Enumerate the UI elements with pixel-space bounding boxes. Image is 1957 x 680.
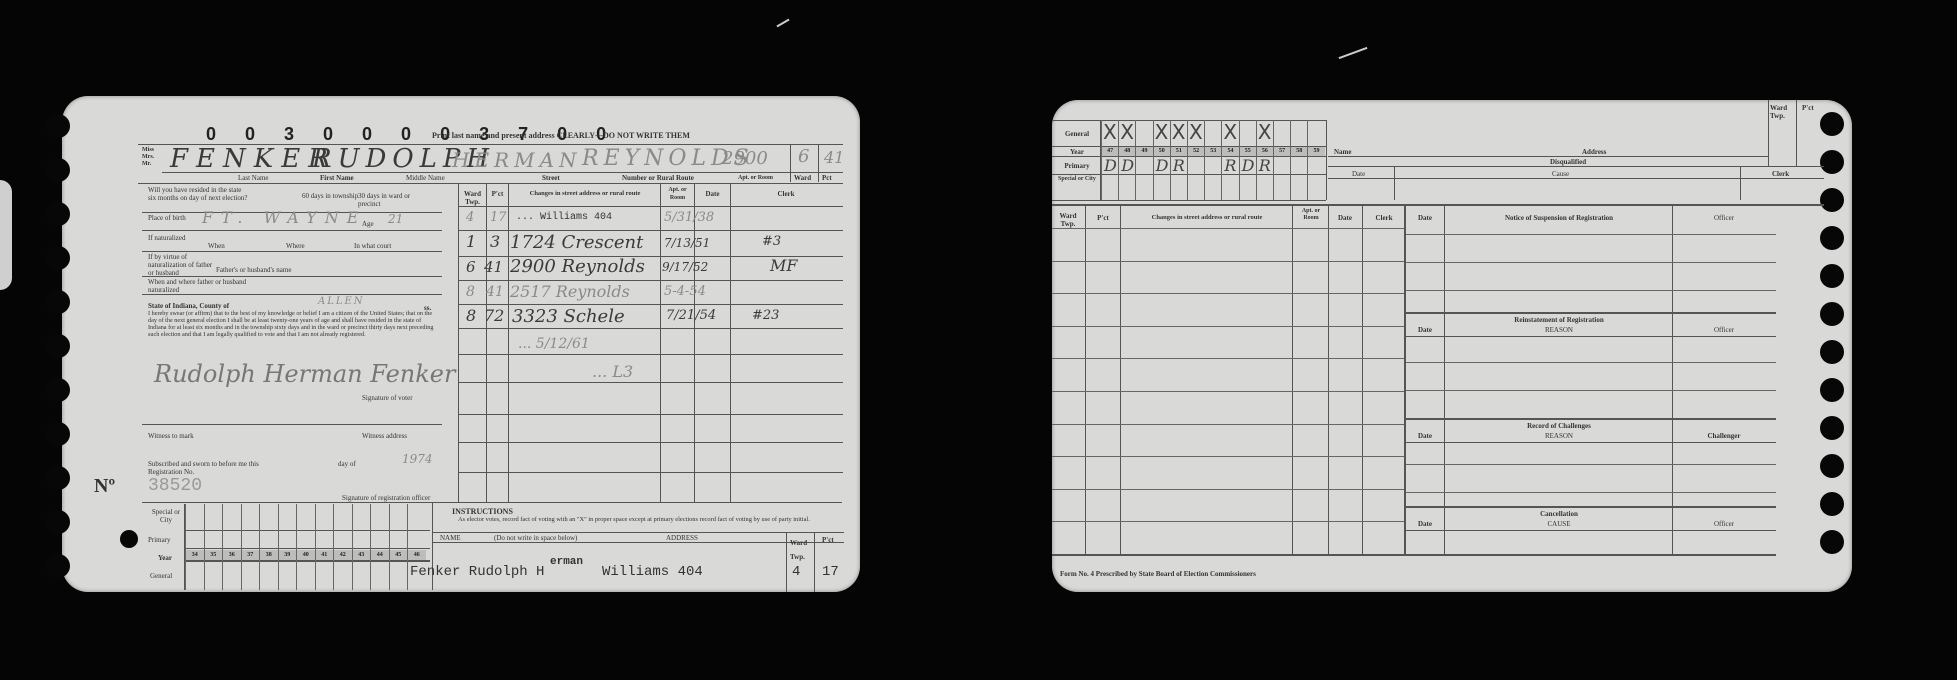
cancellation-col-officer: Officer bbox=[1674, 520, 1774, 528]
front-year-cell: 45 bbox=[390, 550, 408, 560]
front-col-date: Date bbox=[695, 190, 730, 198]
general-vote-mark: X bbox=[1172, 120, 1186, 144]
header-instruction: Print last name and present address CLEA… bbox=[432, 132, 690, 140]
reinstatement-col-reason: REASON bbox=[1446, 326, 1672, 334]
naturalized-where-label: Where bbox=[286, 242, 305, 250]
front-year-cell: 46 bbox=[408, 550, 426, 560]
bottom-no-write-label: (Do not write in space below) bbox=[494, 534, 577, 542]
cancellation-col-date: Date bbox=[1406, 520, 1444, 528]
front-year-cell: 42 bbox=[334, 550, 352, 560]
cancellation-col-cause: CAUSE bbox=[1446, 520, 1672, 528]
oath-heading: State of Indiana, County of bbox=[148, 302, 229, 310]
front-year-cell: 41 bbox=[316, 550, 334, 560]
suspension-col-notice: Notice of Suspension of Registration bbox=[1446, 214, 1672, 222]
days-township-label: 60 days in township bbox=[302, 192, 362, 200]
table-row bbox=[1052, 456, 1404, 457]
day-of-label: day of bbox=[338, 460, 356, 468]
general-vote-mark: X bbox=[1258, 120, 1272, 144]
back-year-cell: 54 bbox=[1222, 147, 1238, 156]
general-vote-mark: X bbox=[1189, 120, 1203, 144]
front-year-cell: 34 bbox=[186, 550, 204, 560]
front-col-ward: Ward Twp. bbox=[459, 190, 486, 206]
punch-hole bbox=[1820, 264, 1844, 288]
back-col-clerk: Clerk bbox=[1364, 214, 1404, 222]
typed-ward: 4 bbox=[792, 564, 800, 580]
back-address-label: Address bbox=[1582, 148, 1606, 156]
sworn-year: 1974 bbox=[402, 452, 433, 466]
witness-address-label: Witness address bbox=[362, 432, 407, 440]
grid-label-year: Year bbox=[158, 554, 172, 562]
back-year-cell: 47 bbox=[1102, 147, 1118, 156]
reinstatement-title: Reinstatement of Registration bbox=[1446, 316, 1672, 324]
label-first-name: First Name bbox=[320, 174, 354, 182]
form-footer: Form No. 4 Prescribed by State Board of … bbox=[1060, 570, 1256, 578]
punch-hole bbox=[1820, 340, 1844, 364]
punch-hole bbox=[46, 290, 70, 314]
place-of-birth-handwritten: FT. WAYNE bbox=[202, 208, 366, 227]
pct-handwritten: 41 bbox=[824, 148, 844, 167]
back-col-date: Date bbox=[1328, 214, 1362, 222]
back-year-cell: 48 bbox=[1119, 147, 1135, 156]
punch-hole bbox=[1820, 492, 1844, 516]
registration-number: 38520 bbox=[148, 476, 202, 496]
label-street: Street bbox=[542, 174, 560, 182]
days-ward-label: 30 days in ward or precinct bbox=[358, 192, 428, 208]
naturalized-when-label: When bbox=[208, 242, 225, 250]
table-row bbox=[1052, 358, 1404, 359]
number-handwritten: 2900 bbox=[722, 148, 768, 169]
punch-hole bbox=[1820, 454, 1844, 478]
registration-card-front: 0 0 3 0 0 0 0 3 7 0 0 Print last name an… bbox=[62, 96, 860, 592]
place-of-birth-label: Place of birth bbox=[148, 214, 188, 222]
back-col-changes: Changes in street address or rural route bbox=[1122, 214, 1292, 222]
label-ward: Ward bbox=[794, 174, 811, 182]
table-row bbox=[1052, 391, 1404, 392]
challenges-col-challenger: Challenger bbox=[1674, 432, 1774, 440]
typed-pct: 17 bbox=[822, 564, 839, 580]
county-handwritten: ALLEN bbox=[318, 296, 365, 307]
punch-hole bbox=[1820, 188, 1844, 212]
voter-signature: Rudolph Herman Fenker bbox=[154, 360, 455, 388]
front-year-cell: 38 bbox=[260, 550, 278, 560]
number-sign: Nº bbox=[94, 476, 115, 496]
instructions-title: INSTRUCTIONS bbox=[452, 508, 513, 516]
general-vote-mark: X bbox=[1155, 120, 1169, 144]
officer-signature-label: Signature of registration officer bbox=[342, 494, 430, 502]
punch-hole bbox=[120, 530, 138, 548]
back-grid-label-year: Year bbox=[1054, 148, 1100, 156]
middle-name-handwritten: HERMAN bbox=[452, 148, 582, 172]
naturalized-label: If naturalized bbox=[148, 234, 188, 242]
back-year-cell: 55 bbox=[1240, 147, 1256, 156]
back-year-cell: 57 bbox=[1274, 147, 1290, 156]
general-vote-mark: X bbox=[1120, 120, 1134, 144]
primary-vote-mark: R bbox=[1224, 156, 1236, 175]
front-year-cell: 37 bbox=[242, 550, 260, 560]
label-pct: Pct bbox=[822, 174, 832, 182]
primary-vote-mark: R bbox=[1259, 156, 1271, 175]
back-date-label: Date bbox=[1352, 170, 1365, 178]
father-naturalization-label: If by virtue of naturalization of father… bbox=[148, 253, 218, 277]
back-year-cell: 50 bbox=[1154, 147, 1170, 156]
back-ward-label: Ward Twp. bbox=[1770, 104, 1794, 120]
back-year-cell: 49 bbox=[1136, 147, 1152, 156]
reinstatement-col-officer: Officer bbox=[1674, 326, 1774, 334]
grid-label-special: Special or City bbox=[148, 508, 184, 524]
back-grid-label-general: General bbox=[1054, 130, 1100, 138]
challenges-title: Record of Challenges bbox=[1446, 422, 1672, 430]
label-number: Number or Rural Route bbox=[622, 174, 694, 182]
challenges-col-reason: REASON bbox=[1446, 432, 1672, 440]
father-name-label: Father's or husband's name bbox=[216, 266, 291, 274]
typed-middle-insert: erman bbox=[550, 556, 583, 568]
grid-label-primary: Primary bbox=[148, 536, 171, 544]
punch-hole bbox=[46, 510, 70, 534]
front-year-cell: 36 bbox=[223, 550, 241, 560]
punch-hole bbox=[1820, 226, 1844, 250]
punch-hole bbox=[46, 114, 70, 138]
scan-speck bbox=[0, 180, 12, 290]
table-row bbox=[1052, 424, 1404, 425]
age-handwritten: 21 bbox=[388, 212, 403, 226]
punch-hole bbox=[46, 554, 70, 578]
instructions-text: As elector votes, record fact of voting … bbox=[458, 516, 838, 523]
punch-hole bbox=[46, 466, 70, 490]
typed-address: Williams 404 bbox=[602, 564, 703, 580]
oath-text: I hereby swear (or affirm) that to the b… bbox=[148, 310, 438, 338]
punch-hole bbox=[46, 246, 70, 270]
bottom-name-label: NAME bbox=[440, 534, 461, 542]
back-col-pct: P'ct bbox=[1086, 214, 1120, 222]
label-middle-name: Middle Name bbox=[406, 174, 445, 182]
table-row bbox=[1052, 228, 1404, 229]
primary-vote-mark: R bbox=[1173, 156, 1185, 175]
front-col-pct: P'ct bbox=[487, 190, 508, 198]
bottom-address-label: ADDRESS bbox=[666, 534, 698, 542]
reinstatement-col-date: Date bbox=[1406, 326, 1444, 334]
back-year-cell: 56 bbox=[1257, 147, 1273, 156]
scan-speck bbox=[776, 19, 789, 28]
punch-hole bbox=[1820, 378, 1844, 402]
back-col-ward: Ward Twp. bbox=[1052, 212, 1084, 228]
signature-label: Signature of voter bbox=[362, 394, 413, 402]
primary-vote-mark: D bbox=[1121, 156, 1134, 175]
bottom-ward-label: Ward Twp. bbox=[790, 536, 812, 564]
last-name-handwritten: FENKER bbox=[170, 144, 336, 174]
table-row bbox=[1052, 261, 1404, 262]
witness-label: Witness to mark bbox=[148, 432, 194, 440]
primary-vote-mark: D bbox=[1156, 156, 1169, 175]
bottom-pct-label: P'ct bbox=[822, 536, 834, 544]
punch-hole bbox=[46, 422, 70, 446]
front-year-cell: 35 bbox=[205, 550, 223, 560]
front-col-changes: Changes in street address or rural route bbox=[510, 190, 660, 198]
back-name-label: Name bbox=[1334, 148, 1352, 156]
father-when-label: When and where father or husband natural… bbox=[148, 278, 248, 294]
primary-vote-mark: D bbox=[1104, 156, 1117, 175]
label-apt: Apt. or Room bbox=[738, 174, 773, 182]
punch-hole bbox=[1820, 302, 1844, 326]
grid-label-general: General bbox=[150, 572, 172, 580]
ward-handwritten: 6 bbox=[798, 146, 809, 167]
table-row bbox=[1052, 521, 1404, 522]
scan-speck bbox=[1339, 47, 1368, 59]
cancellation-title: Cancellation bbox=[1446, 510, 1672, 518]
salutation-mr: Mr. bbox=[142, 160, 151, 168]
suspension-col-date: Date bbox=[1406, 214, 1444, 222]
front-col-clerk: Clerk bbox=[731, 190, 841, 198]
general-vote-mark: X bbox=[1223, 120, 1237, 144]
label-last-name: Last Name bbox=[238, 174, 269, 182]
back-disqualified-label: Disqualified bbox=[1550, 158, 1586, 166]
table-row bbox=[1052, 489, 1404, 490]
naturalized-court-label: In what court bbox=[354, 242, 391, 250]
front-col-apt: Apt. or Room bbox=[661, 186, 694, 202]
front-year-cell: 40 bbox=[297, 550, 315, 560]
back-year-cell: 59 bbox=[1308, 147, 1324, 156]
back-year-cell: 53 bbox=[1205, 147, 1221, 156]
registration-no-label: Registration No. bbox=[148, 468, 194, 476]
front-year-cell: 43 bbox=[353, 550, 371, 560]
table-row bbox=[1052, 326, 1404, 327]
front-year-cell: 44 bbox=[371, 550, 389, 560]
punch-hole bbox=[1820, 112, 1844, 136]
back-clerk-label: Clerk bbox=[1772, 170, 1789, 178]
back-col-apt: Apt. or Room bbox=[1294, 208, 1328, 222]
back-year-cell: 52 bbox=[1188, 147, 1204, 156]
primary-vote-mark: D bbox=[1242, 156, 1255, 175]
back-cause-label: Cause bbox=[1552, 170, 1569, 178]
back-year-cell: 58 bbox=[1291, 147, 1307, 156]
back-grid-label-special: Special or City bbox=[1054, 176, 1100, 183]
typed-name: Fenker Rudolph H bbox=[410, 564, 544, 580]
punch-hole bbox=[1820, 530, 1844, 554]
punch-hole bbox=[46, 158, 70, 182]
back-grid-label-primary: Primary bbox=[1054, 162, 1100, 170]
subscribed-label: Subscribed and sworn to before me this bbox=[148, 460, 259, 468]
punch-hole bbox=[1820, 416, 1844, 440]
back-year-cell: 51 bbox=[1171, 147, 1187, 156]
general-vote-mark: X bbox=[1103, 120, 1117, 144]
back-pct-label: P'ct bbox=[1802, 104, 1814, 112]
punch-hole bbox=[46, 378, 70, 402]
residency-question: Will you have resided in the state six m… bbox=[148, 186, 248, 202]
age-label: Age bbox=[362, 220, 374, 228]
punch-hole bbox=[46, 334, 70, 358]
suspension-col-officer: Officer bbox=[1674, 214, 1774, 222]
punch-hole bbox=[46, 202, 70, 226]
table-row bbox=[1052, 293, 1404, 294]
challenges-col-date: Date bbox=[1406, 432, 1444, 440]
punch-hole bbox=[1820, 150, 1844, 174]
front-year-cell: 39 bbox=[279, 550, 297, 560]
